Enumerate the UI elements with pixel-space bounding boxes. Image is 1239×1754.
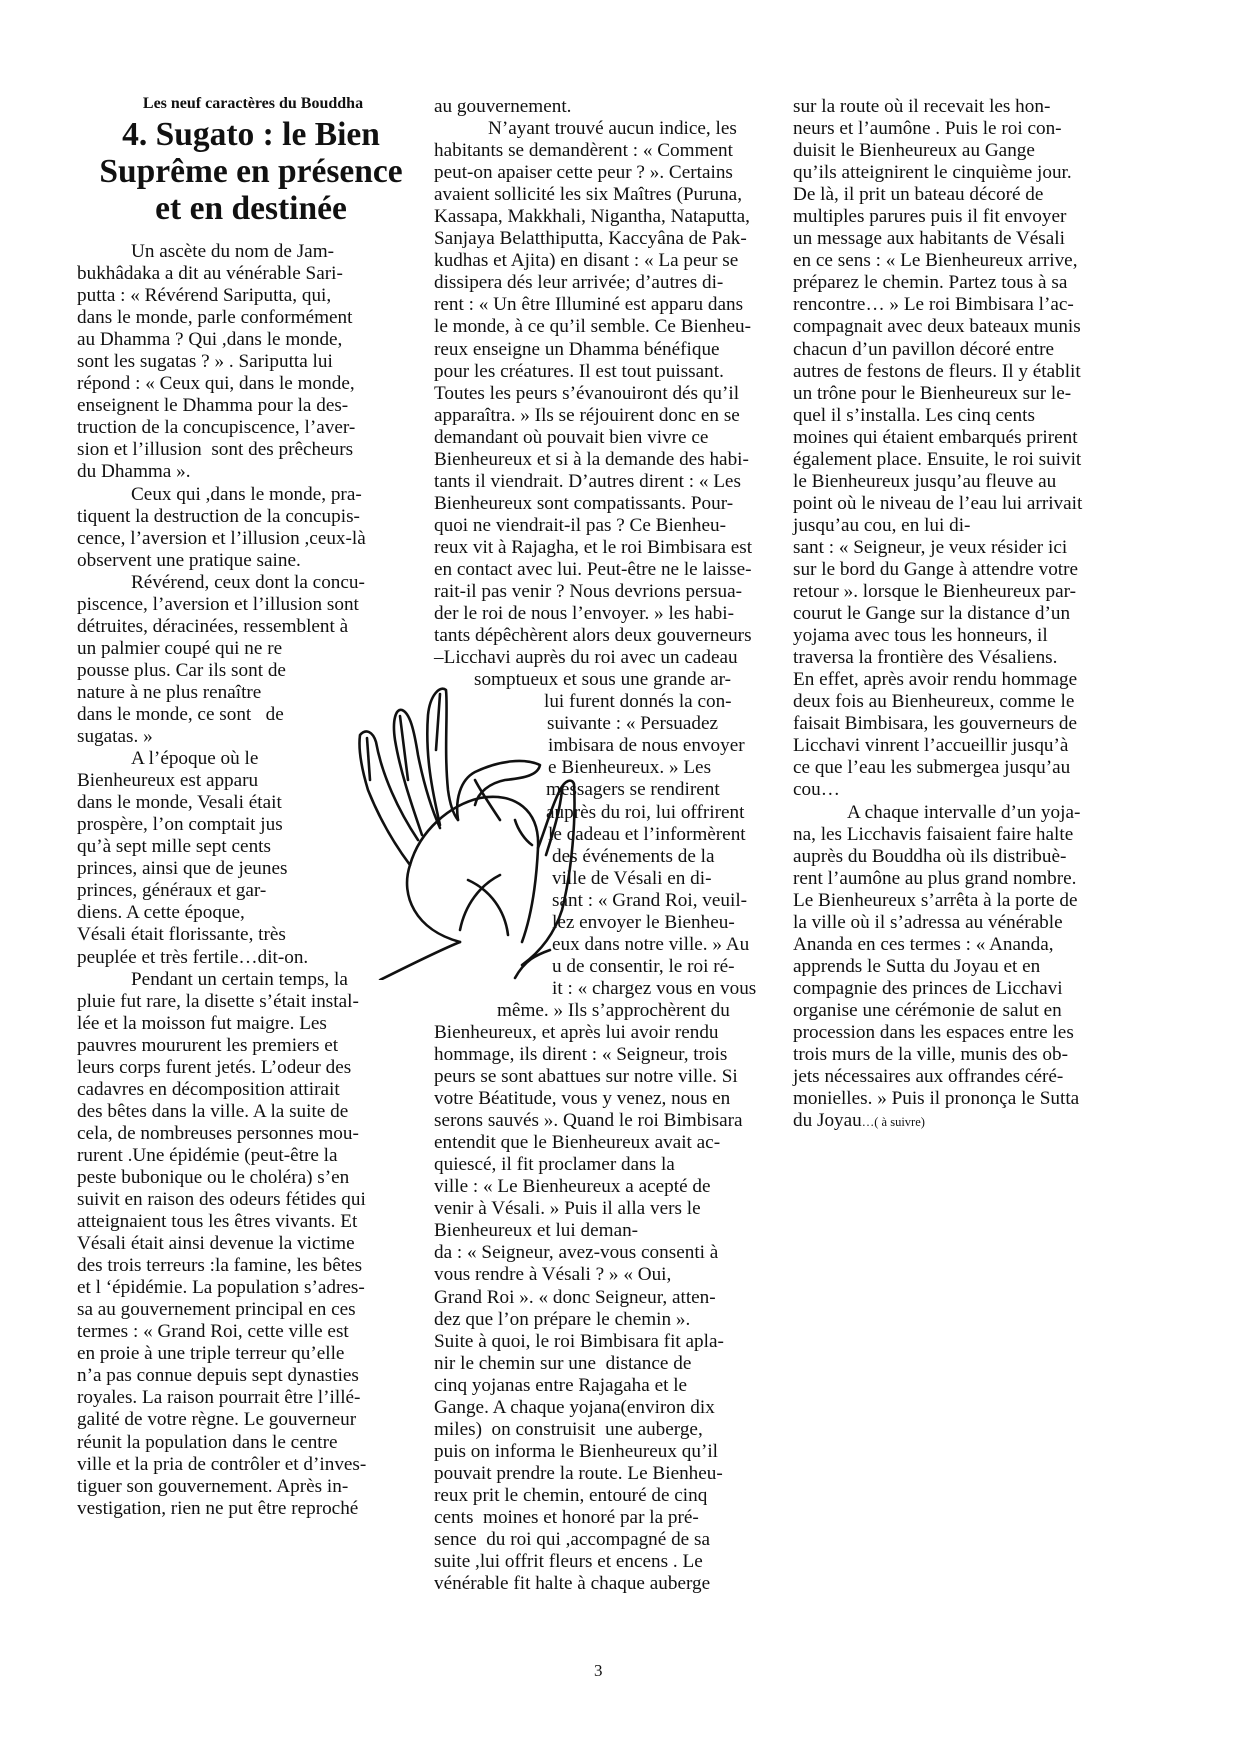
title-line: Suprême en présence (70, 153, 432, 190)
text-line: cence, l’aversion et l’illusion ,ceux-là (77, 528, 366, 550)
text-line: kudhas et Ajita) en disant : « La peur s… (434, 250, 756, 272)
text-line: sa au gouvernement principal en ces (77, 1299, 366, 1321)
text-line: putta : « Révérend Sariputta, qui, (77, 285, 366, 307)
text-line: tiguer son gouvernement. Après in- (77, 1476, 366, 1498)
text-line: rent l’aumône au plus grand nombre. (793, 868, 1082, 890)
text-line: reux prit le chemin, entouré de cinq (434, 1485, 756, 1507)
text-line: ville : « Le Bienheureux a acepté de (434, 1176, 756, 1198)
text-line: venir à Vésali. » Puis il alla vers le (434, 1198, 756, 1220)
text-line: Ananda en ces termes : « Ananda, (793, 934, 1082, 956)
text-line: royales. La raison pourrait être l’illé- (77, 1387, 366, 1409)
text-line: traversa la frontière des Vésaliens. (793, 647, 1082, 669)
text-line: sion et l’illusion sont des prêcheurs (77, 439, 366, 461)
text-line: monielles. » Puis il prononça le Sutta (793, 1088, 1082, 1110)
text-line: der le roi de nous l’envoyer. » les habi… (434, 603, 756, 625)
text-line: Bienheureux et lui deman- (434, 1220, 756, 1242)
text-line: pauvres moururent les premiers et (77, 1035, 366, 1057)
text-line: dez que l’on prépare le chemin ». (434, 1309, 756, 1331)
text-line: Un ascète du nom de Jam- (77, 241, 366, 263)
text-line: sur le bord du Gange à attendre votre (793, 559, 1082, 581)
text-line: da : « Seigneur, avez-vous consenti à (434, 1242, 756, 1264)
text-line: un message aux habitants de Vésali (793, 228, 1082, 250)
text-line: miles) on construisit une auberge, (434, 1419, 756, 1441)
text-line: De là, il prit un bateau décoré de (793, 184, 1082, 206)
text-line: hommage, ils dirent : « Seigneur, trois (434, 1044, 756, 1066)
text-line: yojama avec tous les honneurs, il (793, 625, 1082, 647)
text-line: princes, généraux et gar- (77, 880, 366, 902)
text-line: courut le Gange sur la distance d’un (793, 603, 1082, 625)
text-line: dissipera dés leur arrivée; d’autres di- (434, 272, 756, 294)
text-line: apprends le Sutta du Joyau et en (793, 956, 1082, 978)
text-line: tants il viendrait. D’autres dirent : « … (434, 471, 756, 493)
text-line: auprès du Bouddha où ils distribuè- (793, 846, 1082, 868)
text-line: un trône pour le Bienheureux sur le- (793, 383, 1082, 405)
text-line: la ville où il s’adressa au vénérable (793, 912, 1082, 934)
text-line: na, les Licchavis faisaient faire halte (793, 824, 1082, 846)
text-line: sence du roi qui ,accompagné de sa (434, 1529, 756, 1551)
text-line: le monde, à ce qu’il semble. Ce Bienheu- (434, 316, 756, 338)
text-line: des bêtes dans la ville. A la suite de (77, 1101, 366, 1123)
text-line: Bienheureux, et après lui avoir rendu (434, 1022, 756, 1044)
text-line: peut-on apaiser cette peur ? ». Certains (434, 162, 756, 184)
text-line: faisait Bimbisara, les gouverneurs de (793, 713, 1082, 735)
text-line: cou… (793, 779, 1082, 801)
text-line: demandant où pouvait bien vivre ce (434, 427, 756, 449)
text-line: suivit en raison des odeurs fétides qui (77, 1189, 366, 1211)
text-line: termes : « Grand Roi, cette ville est (77, 1321, 366, 1343)
text-line: cadavres en décomposition attirait (77, 1079, 366, 1101)
text-line: serons sauvés ». Quand le roi Bimbisara (434, 1110, 756, 1132)
text-line: diens. A cette époque, (77, 902, 366, 924)
text-line: pluie fut rare, la disette s’était insta… (77, 991, 366, 1013)
text-line: pouvait prendre la route. Le Bienheu- (434, 1463, 756, 1485)
text-line: ville et la pria de contrôler et d’inves… (77, 1454, 366, 1476)
text-line: dans le monde, parle conformément (77, 307, 366, 329)
text-column-left: Un ascète du nom de Jam-bukhâdaka a dit … (77, 241, 366, 1520)
text-line: autres de festons de fleurs. Il y établi… (793, 361, 1082, 383)
text-line: atteignaient tous les êtres vivants. Et (77, 1211, 366, 1233)
title-line: 4. Sugato : le Bien (70, 116, 432, 153)
text-line: en proie à une triple terreur qu’elle (77, 1343, 366, 1365)
text-line: vénérable fit halte à chaque auberge (434, 1573, 756, 1595)
text-line: lée et la moisson fut maigre. Les (77, 1013, 366, 1035)
text-line: qu’à sept mille sept cents (77, 836, 366, 858)
text-line: un palmier coupé qui ne re (77, 638, 366, 660)
text-line: pour les créatures. Il est tout puissant… (434, 361, 756, 383)
text-line: rent : « Un être Illuminé est apparu dan… (434, 294, 756, 316)
text-line-final: du Joyau…( à suivre) (793, 1110, 1082, 1132)
text-line: multiples parures puis il fit envoyer (793, 206, 1082, 228)
text-line: organise une cérémonie de salut en (793, 1000, 1082, 1022)
text-line: cela, de nombreuses personnes mou- (77, 1123, 366, 1145)
text-line: Bienheureux est apparu (77, 770, 366, 792)
text-line: Gange. A chaque yojana(environ dix (434, 1397, 756, 1419)
text-line: préparez le chemin. Partez tous à sa (793, 272, 1082, 294)
to-be-continued-note: …( à suivre) (862, 1115, 925, 1129)
text-line: prospère, l’on comptait jus (77, 814, 366, 836)
text-line: bukhâdaka a dit au vénérable Sari- (77, 263, 366, 285)
column-lines: sur la route où il recevait les hon-neur… (793, 96, 1082, 1110)
text-line: en contact avec lui. Peut-être ne le lai… (434, 559, 756, 581)
text-line: peurs se sont abattues sur notre ville. … (434, 1066, 756, 1088)
text-line: trois murs de la ville, munis des ob- (793, 1044, 1082, 1066)
text-line: avaient sollicité les six Maîtres (Purun… (434, 184, 756, 206)
text-line: nir le chemin sur une distance de (434, 1353, 756, 1375)
text-line: deux fois au Bienheureux, comme le (793, 691, 1082, 713)
text-line: quiescé, il fit proclamer dans la (434, 1154, 756, 1176)
final-text: du Joyau (793, 1110, 862, 1131)
article-title: 4. Sugato : le Bien Suprême en présence … (70, 116, 432, 227)
text-line: rencontre… » Le roi Bimbisara l’ac- (793, 294, 1082, 316)
text-line: vestigation, rien ne put être reproché (77, 1498, 366, 1520)
text-line: A chaque intervalle d’un yoja- (793, 802, 1082, 824)
text-line: entendit que le Bienheureux avait ac- (434, 1132, 756, 1154)
text-line: princes, ainsi que de jeunes (77, 858, 366, 880)
text-line: truction de la concupiscence, l’aver- (77, 417, 366, 439)
text-line: ce que l’eau les submergea jusqu’au (793, 757, 1082, 779)
text-line: A l’époque où le (77, 748, 366, 770)
text-line: peuplée et très fertile…dit-on. (77, 947, 366, 969)
text-line: moines qui étaient embarqués prirent (793, 427, 1082, 449)
text-line: duisit le Bienheureux au Gange (793, 140, 1082, 162)
text-line: compagnait avec deux bateaux munis (793, 316, 1082, 338)
text-line: et l ‘épidémie. La population s’adres- (77, 1277, 366, 1299)
text-line: jusqu’au cou, en lui di- (793, 515, 1082, 537)
text-line: –Licchavi auprès du roi avec un cadeau (434, 647, 756, 669)
text-line: En effet, après avoir rendu hommage (793, 669, 1082, 691)
text-line: au Dhamma ? Qui ,dans le monde, (77, 329, 366, 351)
text-line: Licchavi vinrent l’accueillir jusqu’à (793, 735, 1082, 757)
text-line: reux vit à Rajagha, et le roi Bimbisara … (434, 537, 756, 559)
text-line: Suite à quoi, le roi Bimbisara fit apla- (434, 1331, 756, 1353)
text-line: Sanjaya Belatthiputta, Kaccyâna de Pak- (434, 228, 756, 250)
text-line: le Bienheureux jusqu’au fleuve au (793, 471, 1082, 493)
text-line: Grand Roi ». « donc Seigneur, atten- (434, 1287, 756, 1309)
text-line: Pendant un certain temps, la (77, 969, 366, 991)
text-line: votre Béatitude, vous y venez, nous en (434, 1088, 756, 1110)
text-line: galité de votre règne. Le gouverneur (77, 1409, 366, 1431)
text-line: dans le monde, Vesali était (77, 792, 366, 814)
text-line: tiquent la destruction de la concupis- (77, 506, 366, 528)
text-line: Révérend, ceux dont la concu- (77, 572, 366, 594)
text-line: également place. Ensuite, le roi suivit (793, 449, 1082, 471)
text-line: sur la route où il recevait les hon- (793, 96, 1082, 118)
text-line: cents moines et honoré par la pré- (434, 1507, 756, 1529)
text-line: apparaîtra. » Ils se réjouirent donc en … (434, 405, 756, 427)
text-line: quoi ne viendrait-il pas ? Ce Bienheu- (434, 515, 756, 537)
text-line: Vésali était ainsi devenue la victime (77, 1233, 366, 1255)
text-line: puis on informa le Bienheureux qu’il (434, 1441, 756, 1463)
text-line: Vésali était florissante, très (77, 924, 366, 946)
text-line: enseignent le Dhamma pour la des- (77, 395, 366, 417)
text-line: vous rendre à Vésali ? » « Oui, (434, 1264, 756, 1286)
text-line: détruites, déracinées, ressemblent à (77, 616, 366, 638)
series-title: Les neuf caractères du Bouddha (108, 95, 398, 113)
text-line: suite ,lui offrit fleurs et encens . Le (434, 1551, 756, 1573)
text-line: n’a pas connue depuis sept dynasties (77, 1365, 366, 1387)
text-line: Toutes les peurs s’évanouiront dés qu’il (434, 383, 756, 405)
text-line: Le Bienheureux s’arrêta à la porte de (793, 890, 1082, 912)
text-line: pousse plus. Car ils sont de (77, 660, 366, 682)
text-line: réunit la population dans le centre (77, 1432, 366, 1454)
text-line: procession dans les espaces entre les (793, 1022, 1082, 1044)
text-line: neurs et l’aumône . Puis le roi con- (793, 118, 1082, 140)
text-line: reux enseigne un Dhamma bénéfique (434, 339, 756, 361)
text-line: Ceux qui ,dans le monde, pra- (77, 484, 366, 506)
text-line: du Dhamma ». (77, 461, 366, 483)
text-line: habitants se demandèrent : « Comment (434, 140, 756, 162)
text-line: en ce sens : « Le Bienheureux arrive, (793, 250, 1082, 272)
text-line: piscence, l’aversion et l’illusion sont (77, 594, 366, 616)
text-line: au gouvernement. (434, 96, 756, 118)
text-line: it : « chargez vous en vous (434, 978, 756, 1000)
text-line: rait-il pas venir ? Nous devrions persua… (434, 581, 756, 603)
text-line: Bienheureux et si à la demande des habi- (434, 449, 756, 471)
text-line: des trois terreurs :la famine, les bêtes (77, 1255, 366, 1277)
text-column-right: sur la route où il recevait les hon-neur… (793, 96, 1082, 1132)
text-line: sugatas. » (77, 726, 366, 748)
text-line: chacun d’un pavillon décoré entre (793, 339, 1082, 361)
text-line: tants dépêchèrent alors deux gouverneurs (434, 625, 756, 647)
text-line: Bienheureux sont compatissants. Pour- (434, 493, 756, 515)
text-line: rurent .Une épidémie (peut-être la (77, 1145, 366, 1167)
text-line: N’ayant trouvé aucun indice, les (434, 118, 756, 140)
text-line: qu’ils atteignirent le cinquième jour. (793, 162, 1082, 184)
page-number: 3 (594, 1661, 603, 1681)
text-line: dans le monde, ce sont de (77, 704, 366, 726)
text-line: observent une pratique saine. (77, 550, 366, 572)
document-page: Les neuf caractères du Bouddha 4. Sugato… (0, 0, 1239, 1754)
text-line: jets nécessaires aux offrandes céré- (793, 1066, 1082, 1088)
text-line: sant : « Seigneur, je veux résider ici (793, 537, 1082, 559)
text-line: retour ». lorsque le Bienheureux par- (793, 581, 1082, 603)
hand-mudra-drawing-icon (340, 680, 580, 980)
title-line: et en destinée (70, 190, 432, 227)
text-line: nature à ne plus renaître (77, 682, 366, 704)
text-line: cinq yojanas entre Rajagaha et le (434, 1375, 756, 1397)
text-line: peste bubonique ou le choléra) s’en (77, 1167, 366, 1189)
text-line: sont les sugatas ? » . Sariputta lui (77, 351, 366, 373)
text-line: Kassapa, Makkhali, Nigantha, Nataputta, (434, 206, 756, 228)
text-line: quel il s’installa. Les cinq cents (793, 405, 1082, 427)
text-line: leurs corps furent jetés. L’odeur des (77, 1057, 366, 1079)
text-line: point où le niveau de l’eau lui arrivait (793, 493, 1082, 515)
text-line: compagnie des princes de Licchavi (793, 978, 1082, 1000)
text-line: même. » Ils s’approchèrent du (434, 1000, 756, 1022)
text-line: répond : « Ceux qui, dans le monde, (77, 373, 366, 395)
